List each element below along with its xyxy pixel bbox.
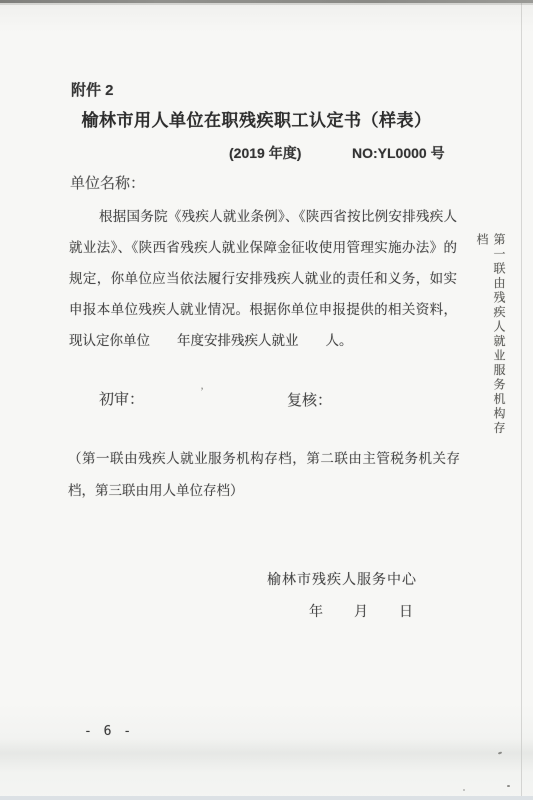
body-line: 申报本单位残疾人就业情况。根据你单位申报提供的相关资料， — [69, 294, 457, 325]
scan-stray-mark: ’ — [200, 384, 204, 399]
scan-top-edge-shadow — [0, 3, 533, 5]
scan-speck — [507, 785, 510, 787]
issuing-organization: 榆林市残疾人服务中心 — [267, 569, 417, 589]
recheck-label: 复核： — [287, 389, 332, 410]
scan-right-paper-edge — [521, 3, 522, 800]
body-line: 根据国务院《残疾人就业条例》、《陕西省按比例安排残疾人 — [69, 201, 457, 232]
footnote-line: （第一联由残疾人就业服务机构存档，第二联由主管税务机关存 — [68, 443, 460, 475]
first-review-label: 初审： — [99, 388, 144, 409]
scan-shadow-band — [0, 738, 533, 772]
page-number: - 6 - — [84, 724, 133, 739]
footnote-line: 档，第三联由用人单位存档） — [68, 475, 460, 507]
date-placeholder-line: 年 月 日 — [309, 601, 414, 621]
body-line: 规定，你单位应当依法履行安排残疾人就业的责任和义务，如实 — [69, 263, 457, 294]
document-number: NO:YL0000 号 — [352, 143, 445, 163]
copy-routing-footnote: （第一联由残疾人就业服务机构存档，第二联由主管税务机关存 档，第三联由用人单位存… — [68, 443, 460, 507]
copy-routing-side-note: 第一联由残疾人就业服务机构存档 — [474, 233, 508, 443]
scanned-document-page: 附件 2 榆林市用人单位在职残疾职工认定书（样表） (2019 年度) NO:Y… — [0, 0, 533, 800]
body-line: 现认定你单位 年度安排残疾人就业 人。 — [69, 325, 457, 356]
body-line: 就业法》、《陕西省残疾人就业保障金征收使用管理实施办法》的 — [69, 232, 457, 263]
document-title: 榆林市用人单位在职残疾职工认定书（样表） — [0, 106, 513, 131]
scan-speck — [463, 789, 465, 791]
unit-name-label: 单位名称： — [70, 172, 145, 193]
year-label: (2019 年度) — [229, 143, 301, 163]
body-paragraph: 根据国务院《残疾人就业条例》、《陕西省按比例安排残疾人 就业法》、《陕西省残疾人… — [69, 201, 457, 356]
scan-bottom-edge — [0, 796, 533, 800]
attachment-label: 附件 2 — [71, 79, 114, 100]
